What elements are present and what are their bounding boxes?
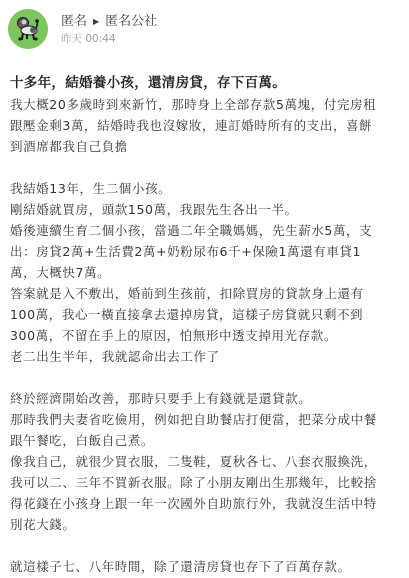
avatar[interactable] — [8, 9, 48, 49]
post-title: 十多年，結婚養小孩，還清房貸，存下百萬。 — [10, 73, 406, 94]
paragraph-gap — [10, 535, 406, 556]
author-name[interactable]: 匿名 — [61, 13, 87, 30]
paragraph-gap — [10, 157, 406, 178]
poodle-icon — [13, 14, 43, 44]
post-timestamp: 昨天 00:44 — [61, 32, 157, 46]
board-link[interactable]: 匿名公社 — [105, 13, 157, 30]
post-paragraph: 終於經濟開始改善，那時只要手上有錢就是還貸款。 那時我們夫妻省吃儉用，例如把自助… — [10, 388, 406, 535]
post-meta: 匿名 ▶ 匿名公社 昨天 00:44 — [61, 13, 157, 46]
post-paragraph: 我結婚13年，生二個小孩。 剛結婚就買房，頭款150萬，我跟先生各出一半。 婚後… — [10, 178, 406, 367]
post-paragraph: 我大概20多歲時到來新竹，那時身上全部存款5萬塊，付完房租 跟壓金剩3萬，結婚時… — [10, 94, 406, 157]
breadcrumb: 匿名 ▶ 匿名公社 — [61, 13, 157, 30]
post-header: 匿名 ▶ 匿名公社 昨天 00:44 — [8, 7, 157, 51]
post-paragraph: 就這樣子七、八年時間，除了還清房貸也存下了百萬存款。 — [10, 556, 406, 577]
paragraph-gap — [10, 367, 406, 388]
triangle-right-icon: ▶ — [93, 13, 99, 30]
post-body: 十多年，結婚養小孩，還清房貸，存下百萬。 我大概20多歲時到來新竹，那時身上全部… — [10, 73, 406, 577]
